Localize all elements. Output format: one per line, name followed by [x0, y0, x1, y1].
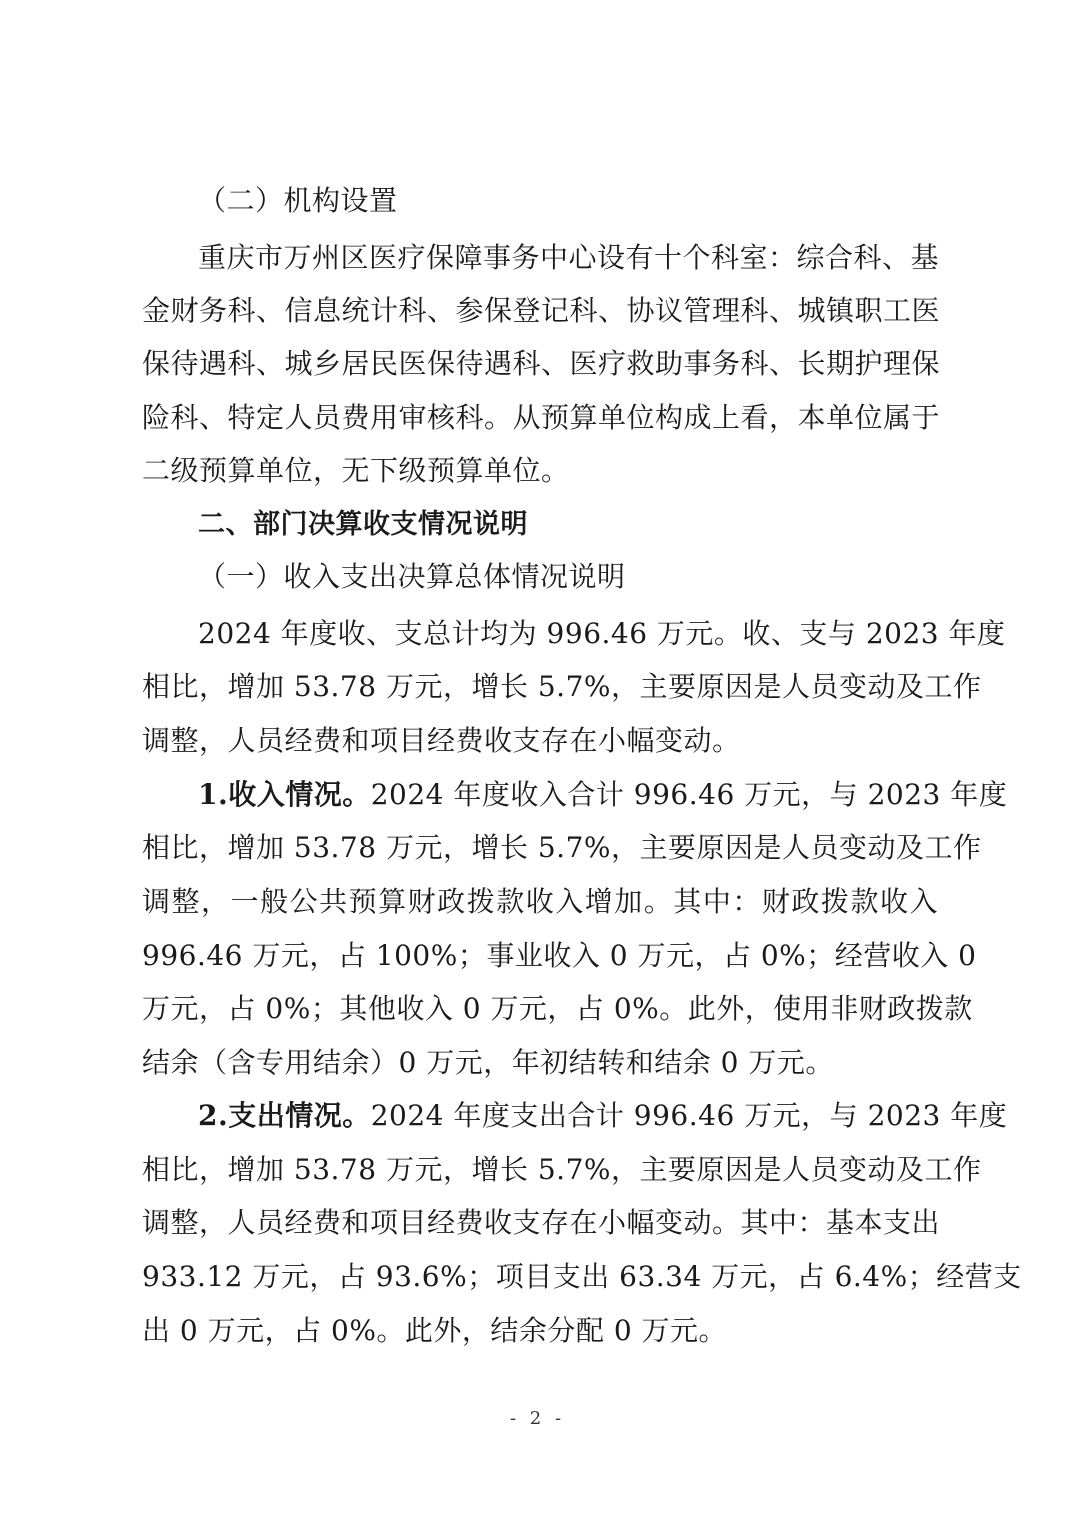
- income-text: 2024 年度收入合计 996.46 万元，与 2023 年度: [371, 778, 1008, 811]
- paragraph-line: 相比，增加 53.78 万元，增长 5.7%，主要原因是人员变动及工作: [142, 667, 938, 707]
- section-heading-org-setup: （二）机构设置: [198, 181, 938, 221]
- document-page: （二）机构设置 重庆市万州区医疗保障事务中心设有十个科室：综合科、基 金财务科、…: [0, 0, 1075, 1520]
- paragraph-line: 调整，一般公共预算财政拨款收入增加。其中：财政拨款收入: [142, 882, 938, 922]
- page-number: - 2 -: [0, 1408, 1075, 1429]
- subsection-heading-overview: （一）收入支出决算总体情况说明: [198, 557, 938, 597]
- paragraph-line: 出 0 万元，占 0%。此外，结余分配 0 万元。: [142, 1311, 938, 1351]
- paragraph-line: 调整，人员经费和项目经费收支存在小幅变动。: [142, 721, 938, 761]
- paragraph-line: 933.12 万元，占 93.6%；项目支出 63.34 万元，占 6.4%；经…: [142, 1257, 938, 1297]
- expenditure-text: 2024 年度支出合计 996.46 万元，与 2023 年度: [371, 1099, 1008, 1132]
- paragraph-line: 险科、特定人员费用审核科。从预算单位构成上看，本单位属于: [142, 398, 938, 438]
- income-paragraph-first-line: 1.收入情况。2024 年度收入合计 996.46 万元，与 2023 年度: [198, 775, 938, 815]
- paragraph-line: 996.46 万元，占 100%；事业收入 0 万元，占 0%；经营收入 0: [142, 936, 938, 976]
- paragraph-line: 保待遇科、城乡居民医保待遇科、医疗救助事务科、长期护理保: [142, 344, 938, 384]
- paragraph-line: 调整，人员经费和项目经费收支存在小幅变动。其中：基本支出: [142, 1203, 938, 1243]
- expenditure-label: 2.支出情况。: [198, 1099, 371, 1132]
- paragraph-line: 相比，增加 53.78 万元，增长 5.7%，主要原因是人员变动及工作: [142, 1150, 938, 1190]
- section-heading-budget: 二、部门决算收支情况说明: [198, 505, 938, 545]
- paragraph-line: 重庆市万州区医疗保障事务中心设有十个科室：综合科、基: [198, 238, 938, 278]
- paragraph-line: 2024 年度收、支总计均为 996.46 万元。收、支与 2023 年度: [198, 614, 938, 654]
- paragraph-line: 二级预算单位，无下级预算单位。: [142, 451, 938, 491]
- paragraph-line: 金财务科、信息统计科、参保登记科、协议管理科、城镇职工医: [142, 291, 938, 331]
- paragraph-line: 相比，增加 53.78 万元，增长 5.7%，主要原因是人员变动及工作: [142, 828, 938, 868]
- expenditure-paragraph-first-line: 2.支出情况。2024 年度支出合计 996.46 万元，与 2023 年度: [198, 1096, 938, 1136]
- paragraph-line: 万元，占 0%；其他收入 0 万元，占 0%。此外，使用非财政拨款: [142, 989, 938, 1029]
- income-label: 1.收入情况。: [198, 778, 371, 811]
- paragraph-line: 结余（含专用结余）0 万元，年初结转和结余 0 万元。: [142, 1043, 938, 1083]
